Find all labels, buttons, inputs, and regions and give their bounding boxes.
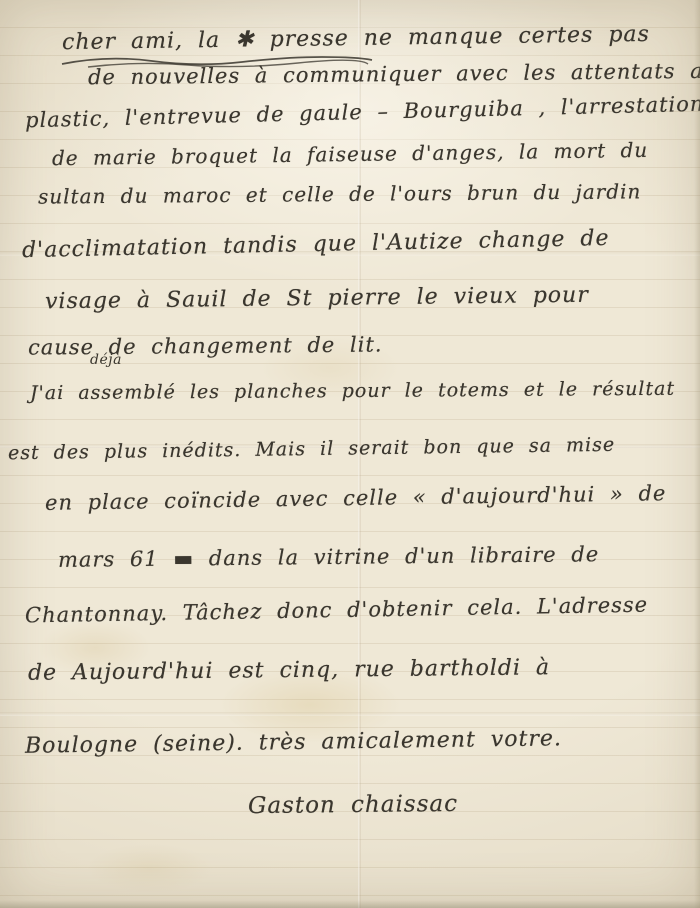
- letter-line: mars 61 ▬ dans la vitrine d'un libraire …: [58, 542, 599, 572]
- fold-crease-horizontal-lower: [0, 712, 700, 716]
- letter-line: cause de changement de lit.: [28, 332, 383, 359]
- signature: Gaston chaissac: [248, 791, 458, 819]
- letter-page: déjà cher ami, la ✱ presse ne manque cer…: [0, 0, 700, 908]
- scan-edge-right: [694, 0, 700, 908]
- letter-line: Chantonnay. Tâchez donc d'obtenir cela. …: [25, 593, 648, 628]
- letter-line: plastic, l'entrevue de gaule – Bourguiba…: [25, 92, 700, 133]
- letter-line: J'ai assemblé les planches pour le totem…: [30, 378, 675, 405]
- letter-line: visage à Sauil de St pierre le vieux pou…: [45, 283, 589, 315]
- letter-line: Boulogne (seine). très amicalement votre…: [25, 726, 562, 758]
- letter-line: d'acclimatation tandis que l'Autize chan…: [22, 226, 610, 263]
- letter-line: de marie broquet la faiseuse d'anges, la…: [52, 138, 649, 170]
- letter-line: sultan du maroc et celle de l'ours brun …: [38, 179, 642, 208]
- letter-line: cher ami, la ✱ presse ne manque certes p…: [62, 22, 650, 55]
- letter-line: en place coïncide avec celle « d'aujourd…: [45, 481, 667, 515]
- letter-line: de Aujourd'hui est cinq, rue bartholdi à: [28, 655, 550, 685]
- letter-line: est des plus inédits. Mais il serait bon…: [8, 434, 615, 464]
- scan-edge-bottom: [0, 900, 700, 908]
